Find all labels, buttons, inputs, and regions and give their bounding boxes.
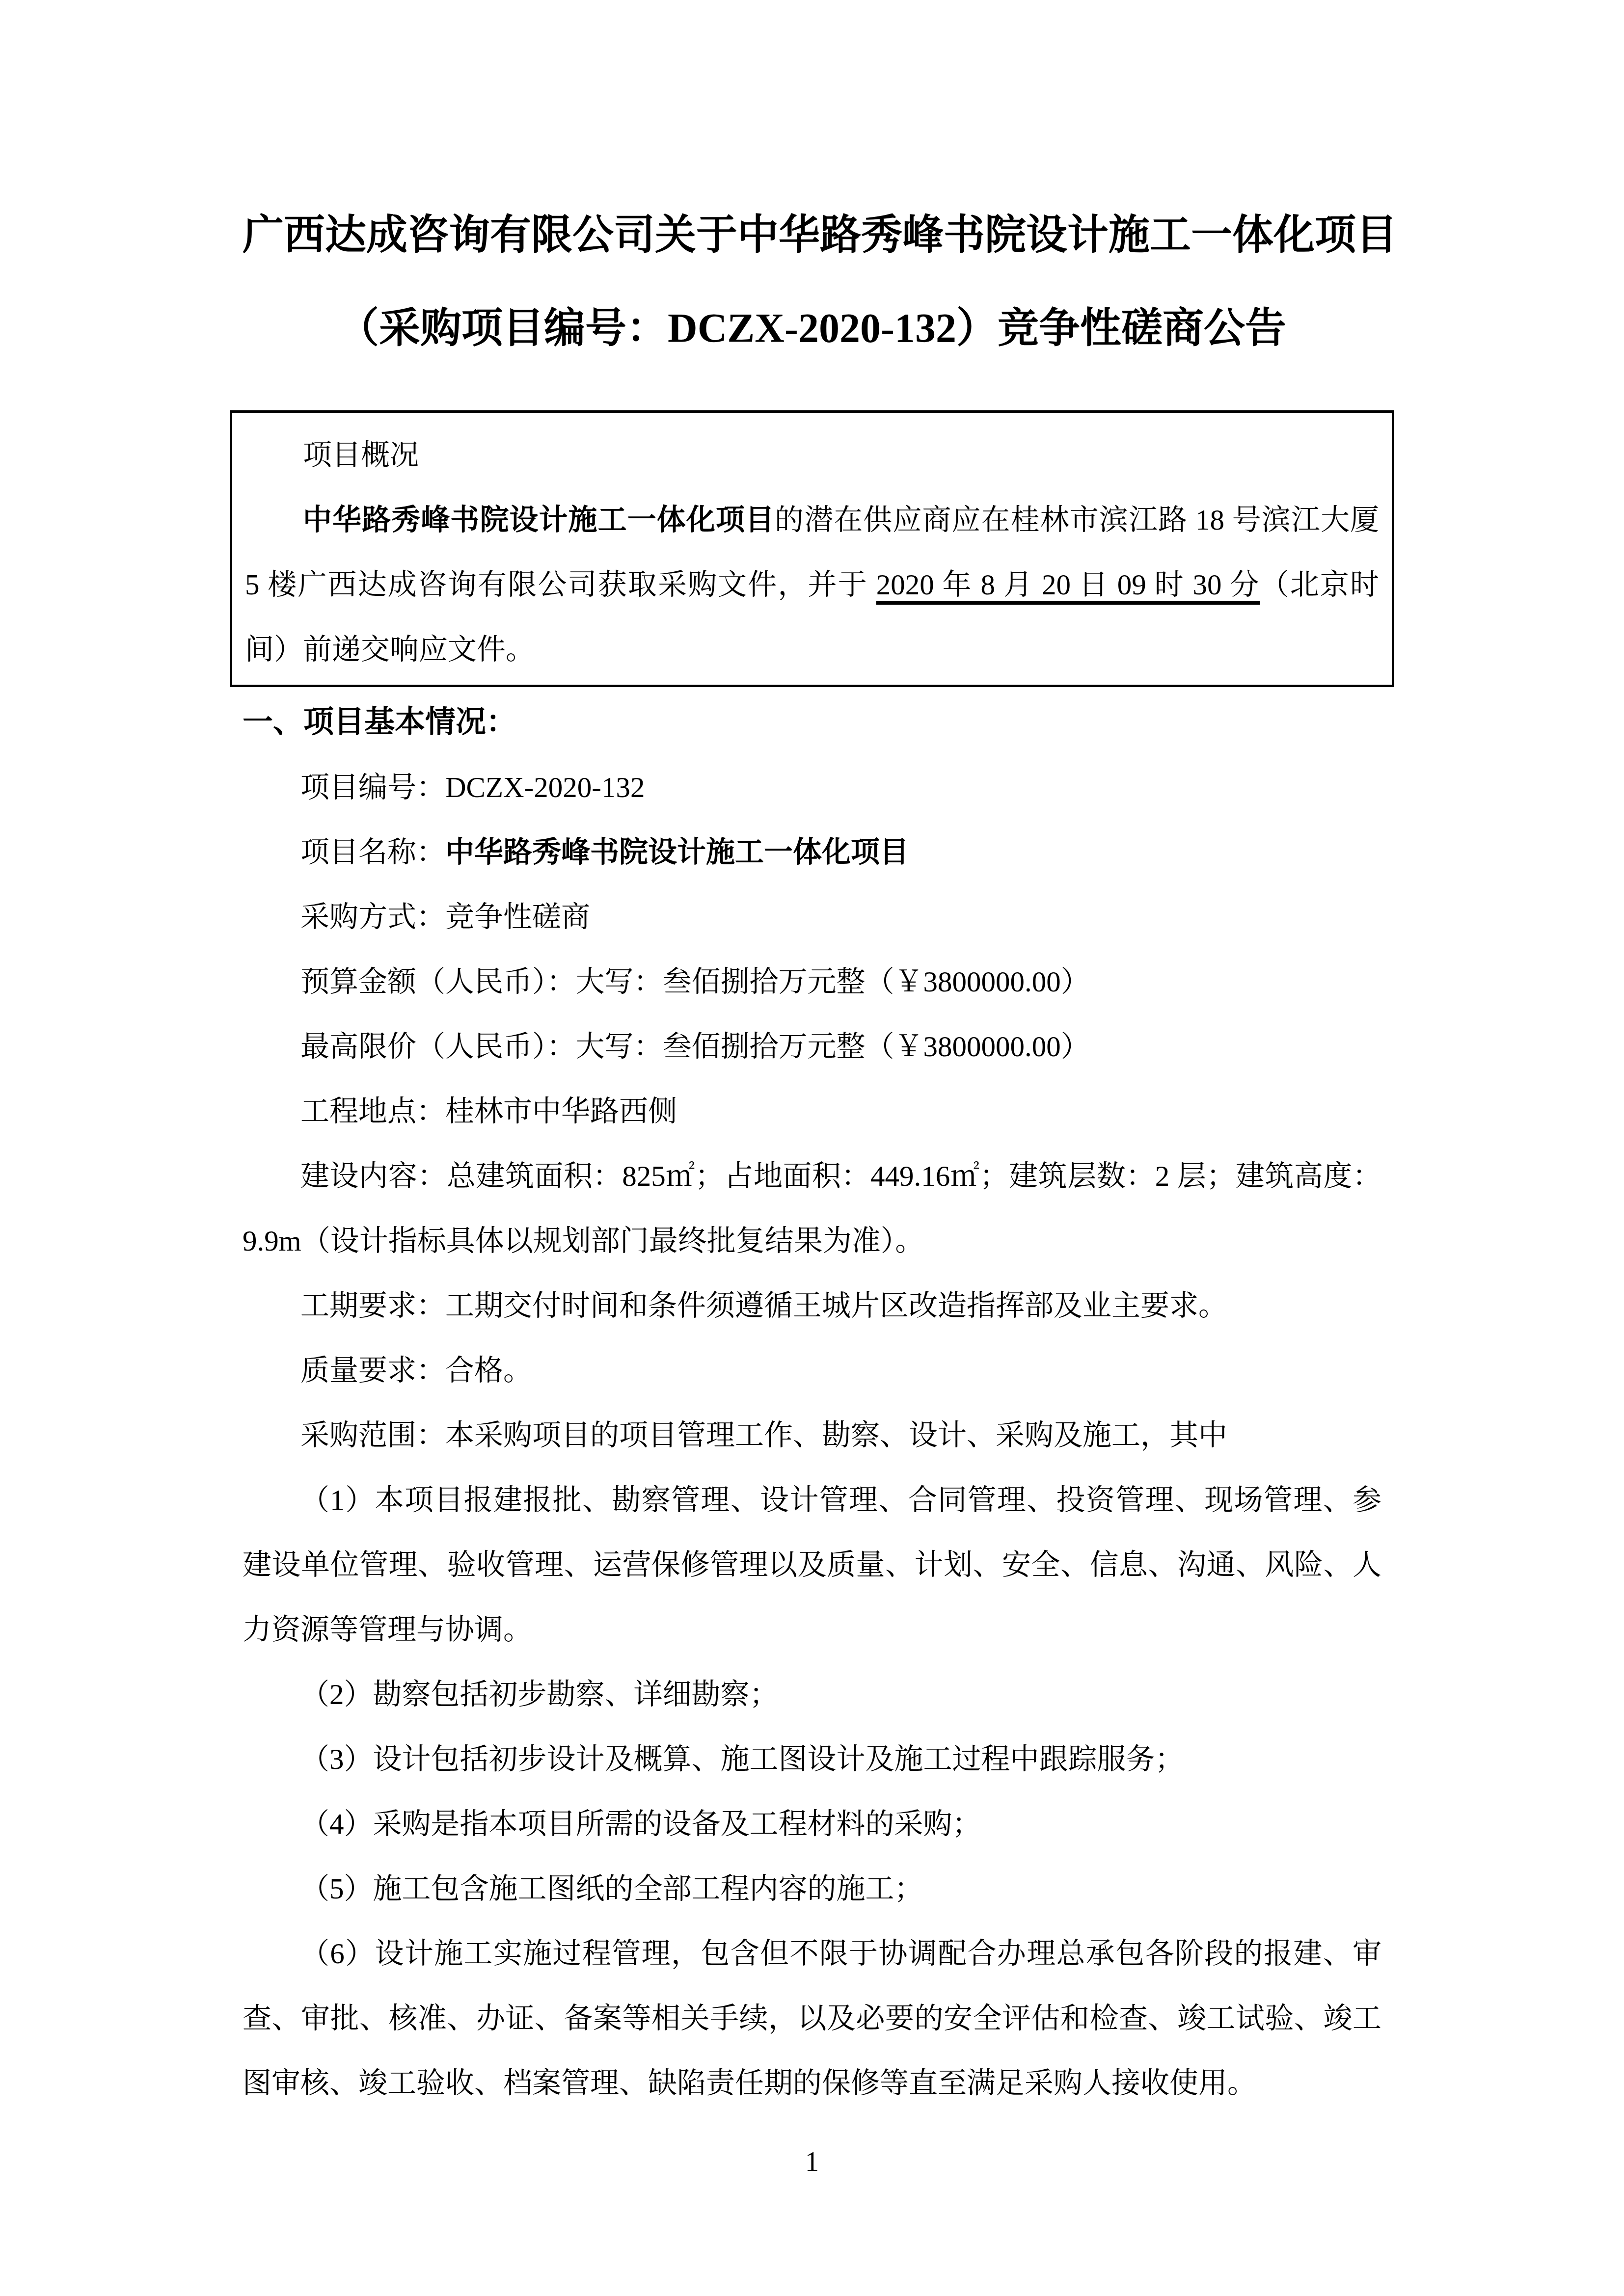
project-overview-box: 项目概况 中华路秀峰书院设计施工一体化项目的潜在供应商应在桂林市滨江路 18 号… (230, 410, 1394, 687)
paragraph-construction-content: 建设内容：总建筑面积：825㎡；占地面积：449.16㎡；建筑层数：2 层；建筑… (243, 1144, 1381, 1273)
project-no-value: DCZX-2020-132 (445, 771, 645, 803)
deadline-underline: 2020 年 8 月 20 日 09 时 30 分 (876, 568, 1260, 601)
project-name-value: 中华路秀峰书院设计施工一体化项目 (445, 836, 909, 868)
paragraph-quality: 质量要求：合格。 (243, 1338, 1381, 1403)
paragraph-scope-item-4: （4）采购是指本项目所需的设备及工程材料的采购； (243, 1791, 1381, 1856)
paragraph-price-cap: 最高限价（人民币）：大写：叁佰捌拾万元整（￥3800000.00） (243, 1014, 1381, 1079)
paragraph-project-no: 项目编号：DCZX-2020-132 (243, 755, 1381, 820)
document-title: 广西达成咨询有限公司关于中华路秀峰书院设计施工一体化项目 （采购项目编号：DCZ… (243, 189, 1381, 375)
section-heading-basic-info: 一、项目基本情况： (243, 690, 1381, 755)
paragraph-scope-item-6: （6）设计施工实施过程管理，包含但不限于协调配合办理总承包各阶段的报建、审查、审… (243, 1921, 1381, 2115)
paragraph-scope-item-1: （1）本项目报建报批、勘察管理、设计管理、合同管理、投资管理、现场管理、参建设单… (243, 1468, 1381, 1662)
paragraph-method: 采购方式：竞争性磋商 (243, 884, 1381, 949)
overview-heading: 项目概况 (245, 423, 1379, 487)
paragraph-budget: 预算金额（人民币）：大写：叁佰捌拾万元整（￥3800000.00） (243, 949, 1381, 1014)
page-number: 1 (243, 2140, 1381, 2184)
paragraph-location: 工程地点：桂林市中华路西侧 (243, 1079, 1381, 1144)
paragraph-schedule: 工期要求：工期交付时间和条件须遵循王城片区改造指挥部及业主要求。 (243, 1273, 1381, 1338)
project-name-label: 项目名称： (300, 836, 445, 868)
project-no-label: 项目编号： (300, 771, 445, 803)
paragraph-scope-item-2: （2）勘察包括初步勘察、详细勘察； (243, 1662, 1381, 1727)
paragraph-scope-item-5: （5）施工包含施工图纸的全部工程内容的施工； (243, 1856, 1381, 1921)
paragraph-scope: 采购范围：本采购项目的项目管理工作、勘察、设计、采购及施工，其中 (243, 1403, 1381, 1468)
title-line-2: （采购项目编号：DCZX-2020-132）竞争性磋商公告 (243, 282, 1381, 375)
document-page: 广西达成咨询有限公司关于中华路秀峰书院设计施工一体化项目 （采购项目编号：DCZ… (0, 0, 1624, 2296)
paragraph-scope-item-3: （3）设计包括初步设计及概算、施工图设计及施工过程中跟踪服务； (243, 1727, 1381, 1791)
paragraph-project-name: 项目名称：中华路秀峰书院设计施工一体化项目 (243, 820, 1381, 884)
title-line-1: 广西达成咨询有限公司关于中华路秀峰书院设计施工一体化项目 (243, 189, 1381, 282)
overview-project-name-bold: 中华路秀峰书院设计施工一体化项目 (303, 504, 775, 536)
overview-paragraph: 中华路秀峰书院设计施工一体化项目的潜在供应商应在桂林市滨江路 18 号滨江大厦 … (245, 487, 1379, 682)
